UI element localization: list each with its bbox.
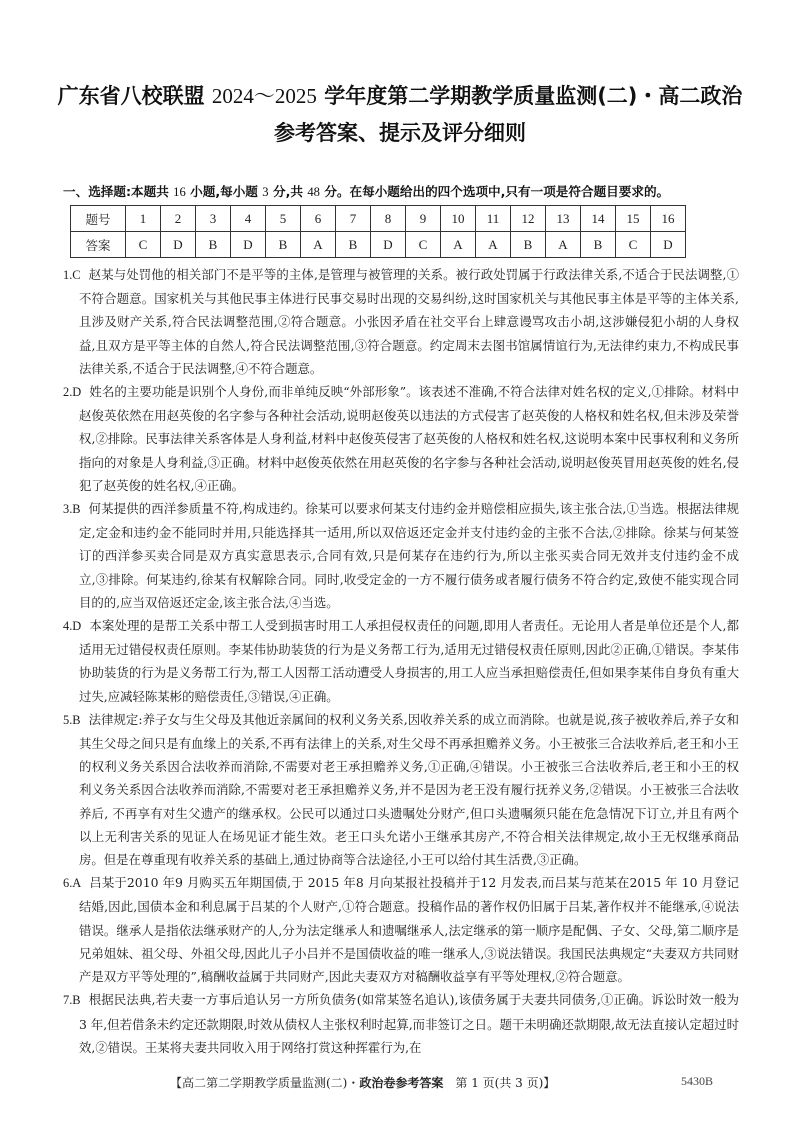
- section-text: 一、选择题:本题共: [63, 184, 173, 199]
- question-number-cell: 7: [336, 206, 371, 232]
- question-number-cell: 9: [406, 206, 441, 232]
- answer-cell: B: [196, 232, 231, 258]
- answer-label: 2.D: [63, 385, 81, 399]
- answer-cell: B: [581, 232, 616, 258]
- answer-label: 1.C: [63, 268, 81, 282]
- explanations: 1.C赵某与处罚他的相关部门不是平等的主体,是管理与被管理的关系。被行政处罚属于…: [63, 263, 739, 1059]
- answer-cell: D: [231, 232, 266, 258]
- paper-code: 5430B: [681, 1074, 713, 1089]
- answer-table: 题号 12345678910111213141516 答案 CDBDBABDCA…: [70, 205, 686, 258]
- answer-cell: B: [511, 232, 546, 258]
- row-label: 答案: [71, 232, 126, 258]
- answer-label: 6.A: [63, 876, 81, 890]
- question-number-cell: 8: [371, 206, 406, 232]
- question-number-cell: 2: [161, 206, 196, 232]
- answer-cell: D: [371, 232, 406, 258]
- question-number-cell: 13: [546, 206, 581, 232]
- question-number-cell: 4: [231, 206, 266, 232]
- section-text: 分,共: [269, 184, 308, 199]
- explanation-item: 4.D本案处理的是帮工关系中帮工人受到损害时用工人承担侵权责任的问题,即用人者责…: [63, 614, 739, 708]
- section-text: 分。在每小题给出的四个选项中,只有一项是符合题目要求的。: [320, 184, 669, 199]
- explanation-text: 何某提供的西洋参质量不符,构成违约。徐某可以要求何某支付违约金并赔偿相应损失,该…: [79, 501, 739, 610]
- document-subtitle: 参考答案、提示及评分细则: [0, 117, 800, 147]
- answer-cell: D: [651, 232, 686, 258]
- explanation-text: 法律规定:养子女与生父母及其他近亲属间的权利义务关系,因收养关系的成立而消除。也…: [79, 712, 739, 867]
- question-number-cell: 10: [441, 206, 476, 232]
- question-number-cell: 15: [616, 206, 651, 232]
- section-text: 小题,每小题: [186, 184, 263, 199]
- title-years: 2024～2025: [212, 84, 317, 108]
- question-number-cell: 3: [196, 206, 231, 232]
- explanation-text: 吕某于2010 年9 月购买五年期国债,于 2015 年8 月向某报社投稿并于1…: [79, 875, 739, 984]
- answer-cell: A: [476, 232, 511, 258]
- explanation-text: 姓名的主要功能是识别个人身份,而非单纯反映“外部形象”。该表述不准确,不符合法律…: [79, 384, 739, 493]
- question-number-cell: 5: [266, 206, 301, 232]
- explanation-item: 1.C赵某与处罚他的相关部门不是平等的主体,是管理与被管理的关系。被行政处罚属于…: [63, 263, 739, 380]
- answer-cell: B: [336, 232, 371, 258]
- answer-label: 7.B: [63, 993, 81, 1007]
- answer-cell: C: [406, 232, 441, 258]
- explanation-text: 本案处理的是帮工关系中帮工人受到损害时用工人承担侵权责任的问题,即用人者责任。无…: [79, 618, 739, 704]
- answer-cell: C: [126, 232, 161, 258]
- answer-label: 4.D: [63, 619, 81, 633]
- answer-cell: A: [441, 232, 476, 258]
- total-points: 48: [307, 185, 320, 199]
- answer-cell: A: [301, 232, 336, 258]
- question-number-cell: 16: [651, 206, 686, 232]
- question-count: 16: [173, 185, 186, 199]
- answer-row: 答案 CDBDBABDCAABABCD: [71, 232, 686, 258]
- question-number-row: 题号 12345678910111213141516: [71, 206, 686, 232]
- row-label: 题号: [71, 206, 126, 232]
- page-indicator: 第 1 页(共 3 页)】: [443, 1076, 555, 1090]
- question-number-cell: 14: [581, 206, 616, 232]
- explanation-item: 2.D姓名的主要功能是识别个人身份,而非单纯反映“外部形象”。该表述不准确,不符…: [63, 380, 739, 497]
- question-number-cell: 6: [301, 206, 336, 232]
- footer-left: 【高二第二学期教学质量监测(二)・: [170, 1076, 359, 1090]
- footer-text: 【高二第二学期教学质量监测(二)・政治卷参考答案 第 1 页(共 3 页)】: [170, 1074, 555, 1091]
- explanation-text: 赵某与处罚他的相关部门不是平等的主体,是管理与被管理的关系。被行政处罚属于行政法…: [79, 267, 739, 376]
- footer-bold: 政治卷参考答案: [359, 1076, 443, 1090]
- question-number-cell: 11: [476, 206, 511, 232]
- answer-cell: D: [161, 232, 196, 258]
- document-title: 广东省八校联盟 2024～2025 学年度第二学期教学质量监测(二)・高二政治: [0, 80, 800, 110]
- explanation-text: 根据民法典,若夫妻一方事后追认另一方所负债务(如常某签名追认),该债务属于夫妻共…: [79, 992, 739, 1054]
- explanation-item: 7.B根据民法典,若夫妻一方事后追认另一方所负债务(如常某签名追认),该债务属于…: [63, 988, 739, 1059]
- title-prefix: 广东省八校联盟: [58, 84, 212, 108]
- answer-label: 3.B: [63, 502, 81, 516]
- title-suffix: 学年度第二学期教学质量监测(二)・高二政治: [317, 84, 743, 108]
- section-heading: 一、选择题:本题共 16 小题,每小题 3 分,共 48 分。在每小题给出的四个…: [63, 181, 763, 200]
- answer-label: 5.B: [63, 713, 81, 727]
- explanation-item: 3.B何某提供的西洋参质量不符,构成违约。徐某可以要求何某支付违约金并赔偿相应损…: [63, 497, 739, 614]
- question-number-cell: 12: [511, 206, 546, 232]
- question-number-cell: 1: [126, 206, 161, 232]
- explanation-item: 6.A吕某于2010 年9 月购买五年期国债,于 2015 年8 月向某报社投稿…: [63, 871, 739, 988]
- answer-cell: C: [616, 232, 651, 258]
- answer-cell: A: [546, 232, 581, 258]
- answer-cell: B: [266, 232, 301, 258]
- explanation-item: 5.B法律规定:养子女与生父母及其他近亲属间的权利义务关系,因收养关系的成立而消…: [63, 708, 739, 871]
